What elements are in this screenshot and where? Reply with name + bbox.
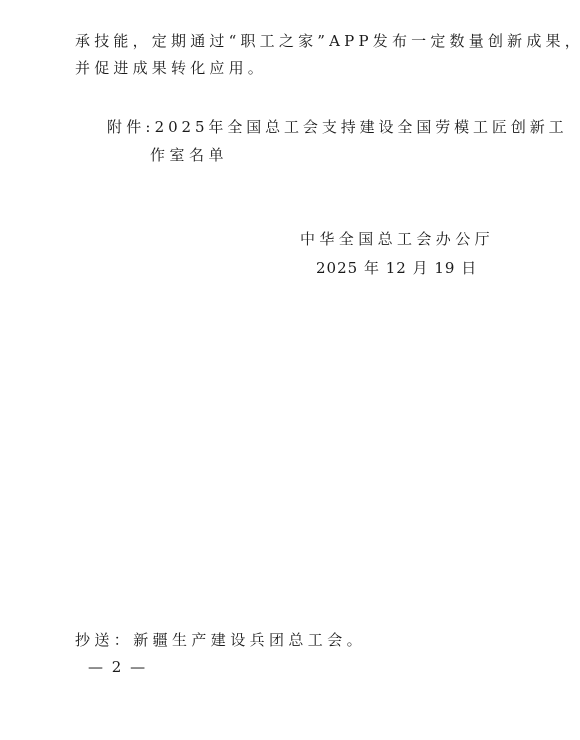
- signature-organization: 中华全国总工会办公厅: [300, 230, 494, 248]
- signature-date: 2025 年 12 月 19 日: [316, 259, 477, 277]
- body-text-line-1: 承技能，定期通过“职工之家”APP发布一定数量创新成果，: [75, 32, 580, 50]
- page-number: — 2 —: [88, 658, 147, 676]
- attachment-line-1: 附件:2025年全国总工会支持建设全国劳模工匠创新工: [107, 118, 568, 136]
- attachment-line-2: 作室名单: [150, 146, 228, 164]
- attachment-title: 2025年全国总工会支持建设全国劳模工匠创新工: [155, 118, 568, 136]
- attachment-label: 附件:: [107, 118, 155, 136]
- body-text-line-2: 并促进成果转化应用。: [75, 59, 267, 77]
- cc-line: 抄送：新疆生产建设兵团总工会。: [75, 631, 366, 649]
